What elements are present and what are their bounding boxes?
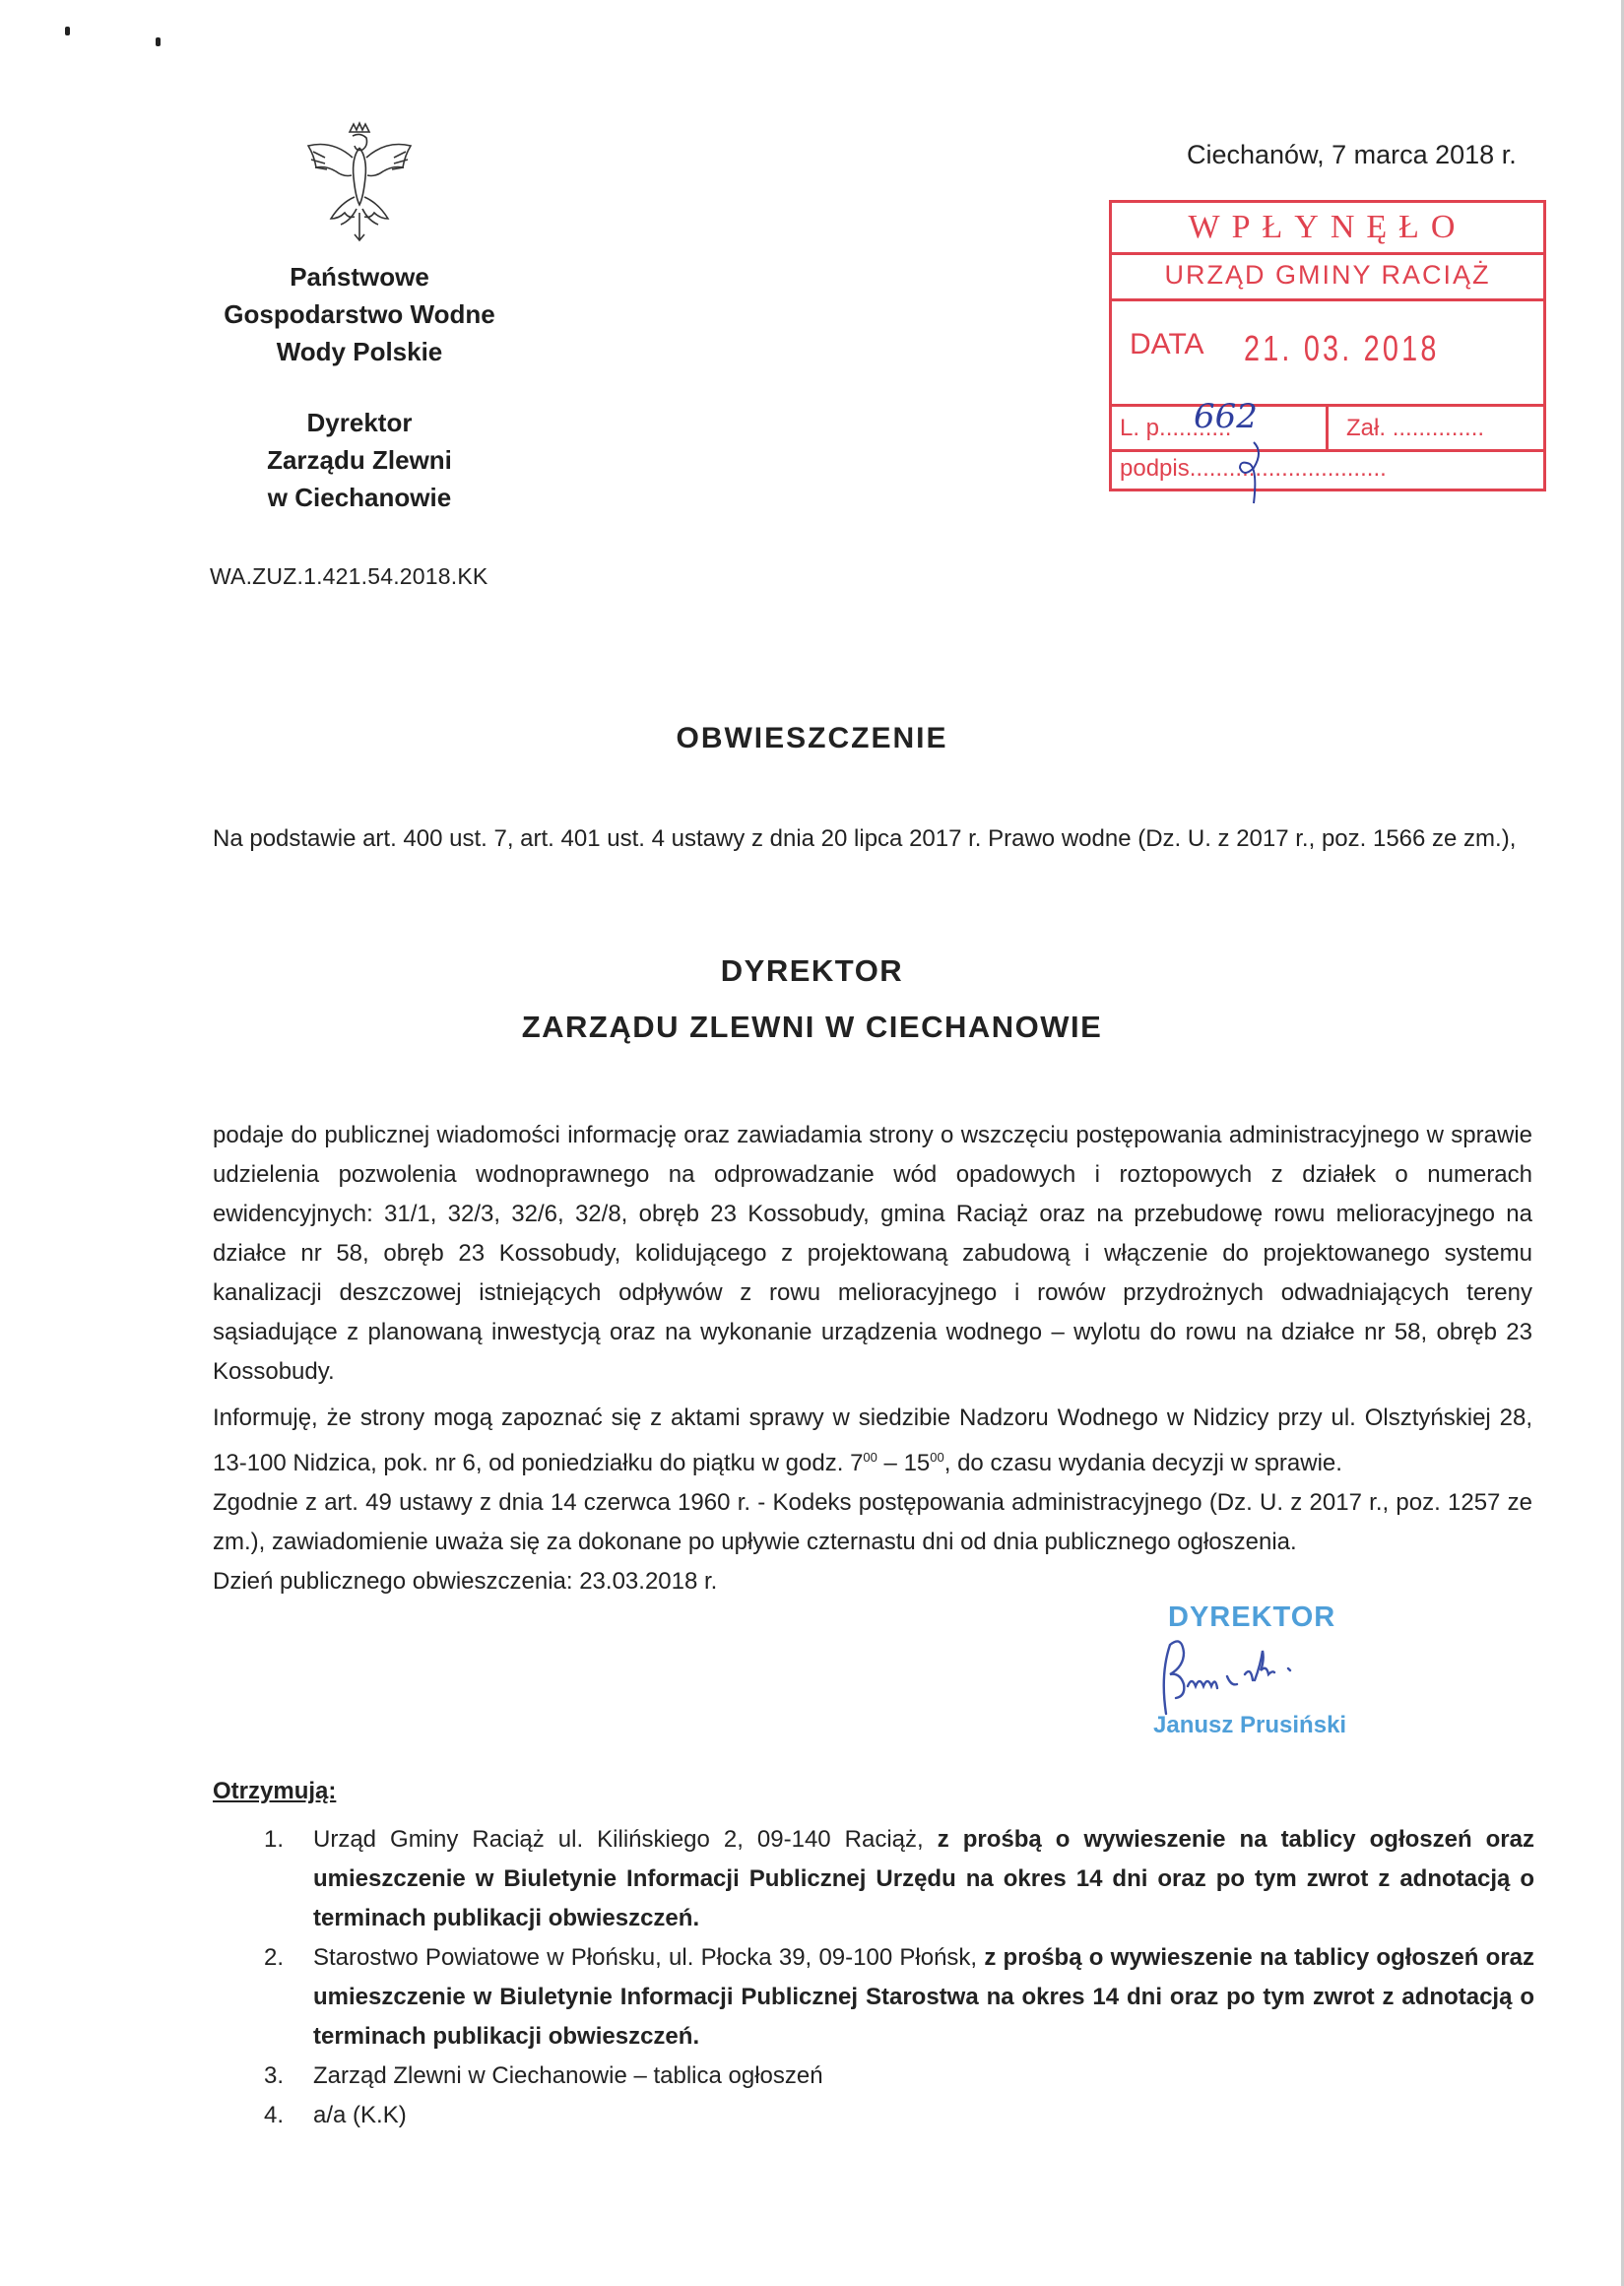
publication-day: Dzień publicznego obwieszczenia: 23.03.2… xyxy=(213,1562,1532,1601)
stamp-date-label: DATA xyxy=(1130,328,1204,361)
scan-artifact xyxy=(156,37,161,46)
document-title: OBWIESZCZENIE xyxy=(0,722,1624,755)
director-line: Zarządu Zlewni xyxy=(177,441,542,479)
stamp-lp-label: L. p. xyxy=(1120,415,1166,442)
handwritten-signature-icon xyxy=(1152,1635,1339,1719)
stamp-signature-label: podpis xyxy=(1120,455,1190,483)
stamp-lp-row: L. p. .......... Zał. .............. xyxy=(1112,407,1543,452)
recipients-heading: Otrzymują: xyxy=(213,1778,336,1805)
handwritten-initial-icon xyxy=(1236,438,1266,507)
org-line: Gospodarstwo Wodne xyxy=(177,295,542,333)
director-signature-stamp: DYREKTOR xyxy=(1168,1601,1335,1634)
director-line: Dyrektor xyxy=(177,404,542,441)
case-reference-number: WA.ZUZ.1.421.54.2018.KK xyxy=(210,563,487,590)
recipient-item: 1.Urząd Gminy Raciąż ul. Kilińskiego 2, … xyxy=(213,1820,1534,1938)
recipient-number: 2. xyxy=(264,1938,284,1978)
org-line: Wody Polskie xyxy=(177,333,542,370)
recipient-address: a/a (K.K) xyxy=(313,2102,407,2128)
recipient-address: Starostwo Powiatowe w Płońsku, ul. Płock… xyxy=(313,1944,984,1971)
signatory-name: Janusz Prusiński xyxy=(1153,1712,1346,1739)
polish-eagle-emblem-icon xyxy=(295,118,423,246)
signature-stamp-title: DYREKTOR xyxy=(1168,1601,1335,1634)
recipient-item: 4.a/a (K.K) xyxy=(213,2096,1534,2135)
place-and-date: Ciechanów, 7 marca 2018 r. xyxy=(1187,140,1517,170)
hours-separator: – xyxy=(877,1450,904,1476)
inspection-info-text-end: , do czasu wydania decyzji w sprawie. xyxy=(944,1450,1342,1476)
issuer-organization-block: Państwowe Gospodarstwo Wodne Wody Polski… xyxy=(177,258,542,516)
inspection-info-paragraph: Informuję, że strony mogą zapoznać się z… xyxy=(213,1399,1532,1483)
handwritten-entry-number: 662 xyxy=(1194,397,1258,436)
recipients-list: 1.Urząd Gminy Raciąż ul. Kilińskiego 2, … xyxy=(213,1820,1534,2135)
hours-from-minutes: 00 xyxy=(863,1450,877,1465)
director-line: w Ciechanowie xyxy=(177,479,542,516)
scan-artifact xyxy=(65,27,70,35)
stamp-signature-dots: .............................. xyxy=(1190,455,1387,483)
stamp-date-row: DATA 21. 03. 2018 xyxy=(1112,298,1543,407)
legal-basis-paragraph: Na podstawie art. 400 ust. 7, art. 401 u… xyxy=(213,817,1532,861)
stamp-attachments-field: Zał. .............. xyxy=(1329,415,1484,442)
main-notice-paragraph: podaje do publicznej wiadomości informac… xyxy=(213,1116,1532,1392)
information-block: Informuję, że strony mogą zapoznać się z… xyxy=(213,1399,1532,1601)
stamp-attachments-dots: .............. xyxy=(1393,415,1484,441)
issuer-heading-line-1: DYREKTOR xyxy=(0,953,1624,989)
recipient-number: 3. xyxy=(264,2057,284,2096)
recipient-item: 3.Zarząd Zlewni w Ciechanowie – tablica … xyxy=(213,2057,1534,2096)
stamp-attachments-label: Zał. xyxy=(1346,415,1386,441)
kpa-paragraph: Zgodnie z art. 49 ustawy z dnia 14 czerw… xyxy=(213,1483,1532,1562)
scanned-document-page: Państwowe Gospodarstwo Wodne Wody Polski… xyxy=(0,0,1624,2286)
hours-to-minutes: 00 xyxy=(930,1450,943,1465)
stamp-title: WPŁYNĘŁO xyxy=(1112,203,1543,255)
recipient-address: Zarząd Zlewni w Ciechanowie – tablica og… xyxy=(313,2062,823,2089)
hours-from: 7 xyxy=(850,1450,863,1476)
hours-to: 15 xyxy=(904,1450,931,1476)
issuer-heading-line-2: ZARZĄDU ZLEWNI W CIECHANOWIE xyxy=(0,1010,1624,1045)
stamp-office: URZĄD GMINY RACIĄŻ xyxy=(1112,252,1543,301)
received-stamp: WPŁYNĘŁO URZĄD GMINY RACIĄŻ DATA 21. 03.… xyxy=(1109,200,1546,491)
recipient-number: 4. xyxy=(264,2096,284,2135)
recipient-item: 2.Starostwo Powiatowe w Płońsku, ul. Pło… xyxy=(213,1938,1534,2057)
recipient-address: Urząd Gminy Raciąż ul. Kilińskiego 2, 09… xyxy=(313,1826,938,1853)
stamp-signature-row: podpis .............................. xyxy=(1112,449,1543,489)
org-line: Państwowe xyxy=(177,258,542,295)
recipient-number: 1. xyxy=(264,1820,284,1860)
stamp-date-value: 21. 03. 2018 xyxy=(1244,328,1440,369)
